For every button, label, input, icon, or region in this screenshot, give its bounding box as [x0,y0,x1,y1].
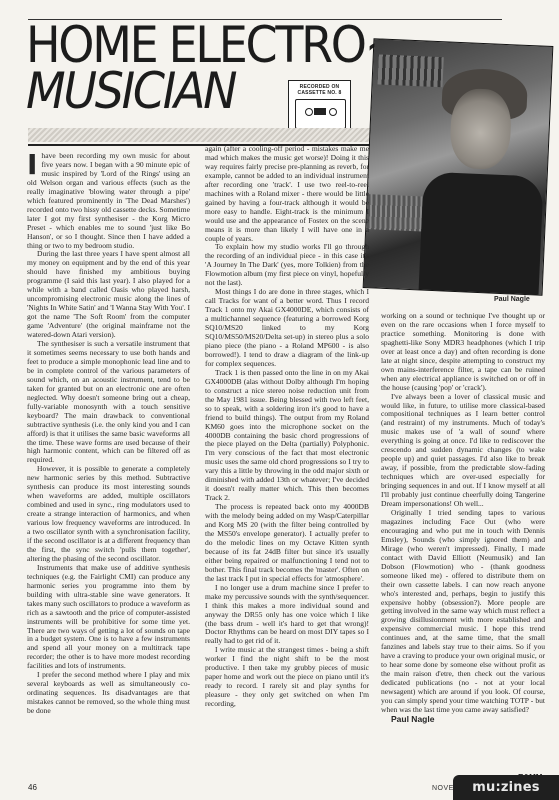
muzines-watermark[interactable]: mu:zines [453,775,559,800]
hatched-banner [28,128,373,142]
page-number: 46 [28,783,37,792]
cassette-window [314,108,326,115]
cassette-badge-label: RECORDED ON CASSETTE NO. 8 [289,84,350,96]
paragraph: Most things I do are done in three stage… [205,288,369,369]
paragraph: Instruments that make use of additive sy… [27,564,190,671]
paragraph: I no longer use a drum machine since I p… [205,584,369,647]
paragraph-text: have been recording my own music for abo… [27,151,190,250]
cassette-reel-right [329,108,337,116]
author-photo [363,38,554,296]
drop-cap: I [27,153,37,177]
paragraph: working on a sound or technique I've tho… [381,312,545,393]
paragraph: However, it is possible to generate a co… [27,465,190,563]
cassette-reel-left [305,108,313,116]
paragraph: During the last three years I have spent… [27,250,190,340]
paragraph: The synthesiser is such a versatile inst… [27,340,190,465]
article-column-1: Ihave been recording my own music for ab… [27,152,190,716]
author-byline: Paul Nagle [381,715,545,724]
paragraph: Track 1 is then passed onto the line in … [205,369,369,503]
article-column-3: working on a sound or technique I've tho… [381,312,545,724]
paragraph: I write music at the strangest times - b… [205,646,369,709]
paragraph: again (after a cooling-off period - mist… [205,145,369,243]
person-body [418,172,544,296]
paragraph: The process is repeated back onto my 400… [205,503,369,584]
paragraph: I've always been a lover of classical mu… [381,393,545,509]
equipment-rack [378,54,444,87]
issue-month: NOVE [432,785,454,792]
cassette-badge-line2: CASSETTE NO. 8 [289,90,350,96]
article-column-2: again (after a cooling-off period - mist… [205,145,369,709]
paragraph: I prefer the second method where I play … [27,671,190,716]
person-face [449,88,512,171]
photo-caption: Paul Nagle [494,296,530,303]
paragraph: To explain how my studio works I'll go t… [205,243,369,288]
paragraph: Originally I tried sending tapes to vari… [381,509,545,715]
cassette-icon [295,99,346,129]
paragraph: Ihave been recording my own music for ab… [27,152,190,250]
